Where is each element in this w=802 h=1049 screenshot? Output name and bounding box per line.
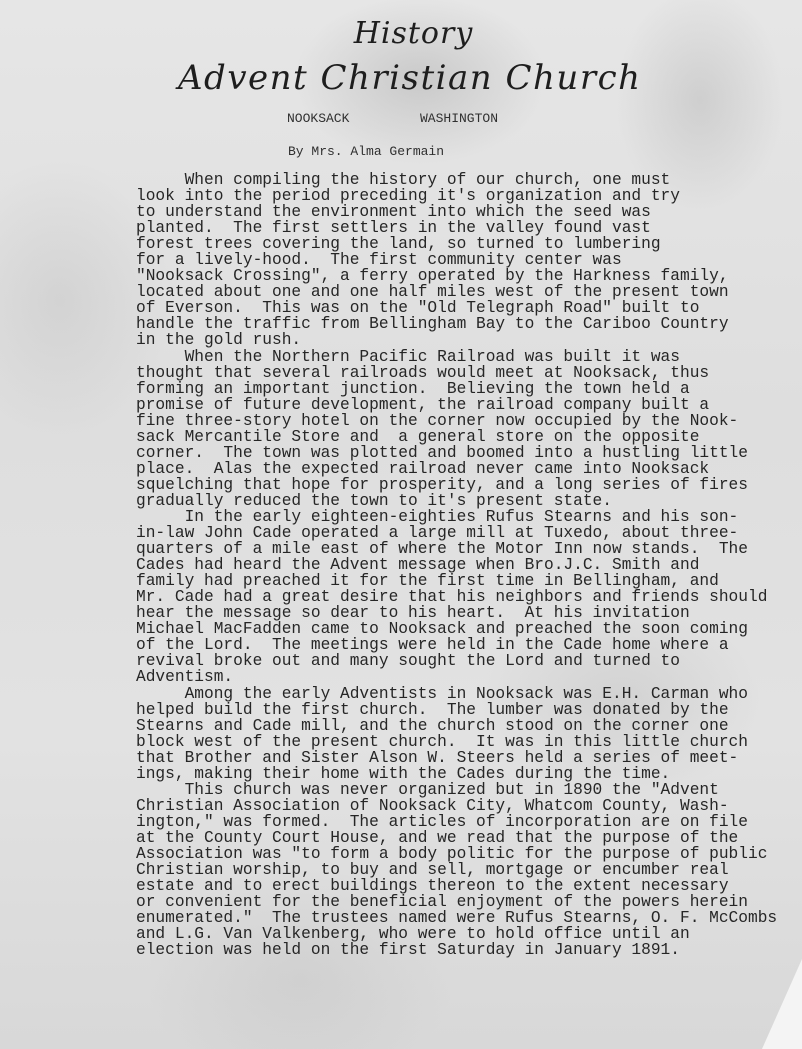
text-line: corner. The town was plotted and boomed … (136, 445, 802, 461)
text-line: "Nooksack Crossing", a ferry operated by… (136, 268, 802, 284)
text-line: in the gold rush. (136, 332, 802, 348)
text-line: and L.G. Van Valkenberg, who were to hol… (136, 926, 802, 942)
text-line: enumerated." The trustees named were Ruf… (136, 910, 802, 926)
title-church-name: Advent Christian Church (178, 58, 642, 98)
text-line: Michael MacFadden came to Nooksack and p… (136, 621, 802, 637)
text-line: estate and to erect buildings thereon to… (136, 878, 802, 894)
location-town: NOOKSACK (287, 111, 349, 126)
text-line: Stearns and Cade mill, and the church st… (136, 718, 802, 734)
text-line: to understand the environment into which… (136, 204, 802, 220)
title-history: History (0, 16, 802, 51)
text-line: forest trees covering the land, so turne… (136, 236, 802, 252)
text-line: Christian worship, to buy and sell, mort… (136, 862, 802, 878)
text-line: hear the message so dear to his heart. A… (136, 605, 802, 621)
author-byline: By Mrs. Alma Germain (288, 144, 444, 159)
text-line: in-law John Cade operated a large mill a… (136, 525, 802, 541)
text-line: that Brother and Sister Alson W. Steers … (136, 750, 802, 766)
text-line: helped build the first church. The lumbe… (136, 702, 802, 718)
text-line: look into the period preceding it's orga… (136, 188, 802, 204)
text-line: of the Lord. The meetings were held in t… (136, 637, 802, 653)
text-line: Among the early Adventists in Nooksack w… (136, 686, 802, 702)
text-line: squelching that hope for prosperity, and… (136, 477, 802, 493)
text-line: This church was never organized but in 1… (136, 782, 802, 798)
text-line: election was held on the first Saturday … (136, 942, 802, 958)
text-line: thought that several railroads would mee… (136, 365, 802, 381)
text-line: ings, making their home with the Cades d… (136, 766, 802, 782)
text-line: Association was "to form a body politic … (136, 846, 802, 862)
text-line: ington," was formed. The articles of inc… (136, 814, 802, 830)
text-line: or convenient for the beneficial enjoyme… (136, 894, 802, 910)
text-line: promise of future development, the railr… (136, 397, 802, 413)
document-page: History Advent Christian Church NOOKSACK… (0, 0, 802, 1049)
text-line: handle the traffic from Bellingham Bay t… (136, 316, 802, 332)
text-line: When the Northern Pacific Railroad was b… (136, 349, 802, 365)
text-line: Christian Association of Nooksack City, … (136, 798, 802, 814)
text-line: family had preached it for the first tim… (136, 573, 802, 589)
text-line: When compiling the history of our church… (136, 172, 802, 188)
text-line: for a lively-hood. The first community c… (136, 252, 802, 268)
text-line: quarters of a mile east of where the Mot… (136, 541, 802, 557)
torn-corner (762, 959, 802, 1049)
text-line: located about one and one half miles wes… (136, 284, 802, 300)
text-line: of Everson. This was on the "Old Telegra… (136, 300, 802, 316)
text-line: at the County Court House, and we read t… (136, 830, 802, 846)
body-text: When compiling the history of our church… (136, 172, 802, 958)
text-line: Mr. Cade had a great desire that his nei… (136, 589, 802, 605)
text-line: In the early eighteen-eighties Rufus Ste… (136, 509, 802, 525)
location-state: WASHINGTON (420, 111, 498, 126)
text-line: Cades had heard the Advent message when … (136, 557, 802, 573)
text-line: forming an important junction. Believing… (136, 381, 802, 397)
text-line: gradually reduced the town to it's prese… (136, 493, 802, 509)
text-line: block west of the present church. It was… (136, 734, 802, 750)
text-line: planted. The first settlers in the valle… (136, 220, 802, 236)
text-line: Adventism. (136, 669, 802, 685)
text-line: place. Alas the expected railroad never … (136, 461, 802, 477)
text-line: fine three-story hotel on the corner now… (136, 413, 802, 429)
text-line: revival broke out and many sought the Lo… (136, 653, 802, 669)
text-line: sack Mercantile Store and a general stor… (136, 429, 802, 445)
